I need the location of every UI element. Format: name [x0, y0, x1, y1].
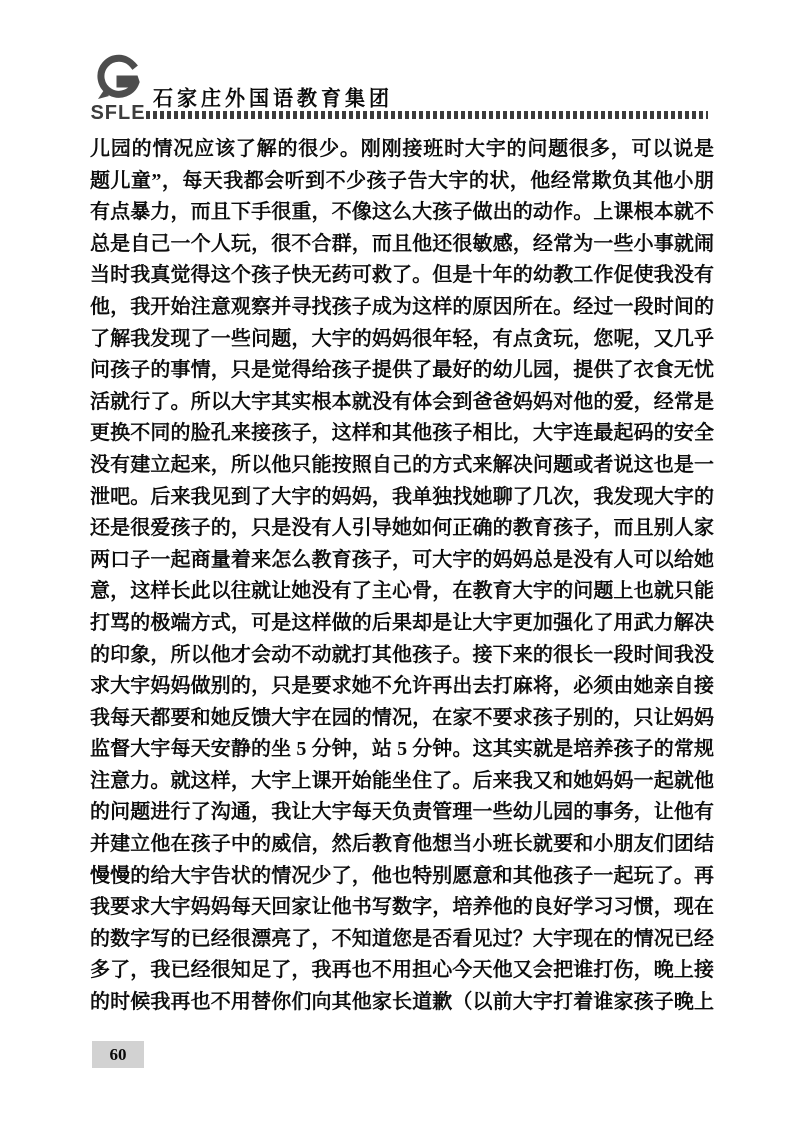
- text-line: 的数字写的已经很漂亮了，不知道您是否看见过？大宇现在的情况已经好太: [90, 924, 714, 956]
- document-page: SFLE 石家庄外国语教育集团 儿园的情况应该了解的很少。刚刚接班时大宇的问题很…: [0, 0, 803, 1134]
- text-line: 儿园的情况应该了解的很少。刚刚接班时大宇的问题很多，可以说是个“问: [90, 134, 714, 166]
- text-line: 他，我开始注意观察并寻找孩子成为这样的原因所在。经过一段时间的观察: [90, 292, 714, 324]
- text-line: 的印象，所以他才会动不动就打其他孩子。接下来的很长一段时间我没有要: [90, 640, 714, 672]
- sfle-logo: SFLE: [86, 54, 150, 123]
- sfle-logo-icon: [94, 54, 142, 102]
- dotted-separator: [146, 111, 708, 119]
- text-line: 我要求大宇妈妈每天回家让他书写数字，培养他的良好学习习惯，现在大宇: [90, 892, 714, 924]
- text-line: 有点暴力，而且下手很重，不像这么大孩子做出的动作。上课根本就不听，: [90, 197, 714, 229]
- text-line: 两口子一起商量着来怎么教育孩子，可大宇的妈妈总是没有人可以给她出主: [90, 545, 714, 577]
- text-line: 总是自己一个人玩，很不合群，而且他还很敏感，经常为一些小事就闹脾气，: [90, 229, 714, 261]
- sfle-logo-text: SFLE: [86, 103, 150, 123]
- org-name: 石家庄外国语教育集团: [153, 81, 393, 111]
- text-line: 并建立他在孩子中的威信，然后教育他想当小班长就要和小朋友们团结友爱，: [90, 829, 714, 861]
- text-line: 更换不同的脸孔来接孩子，这样和其他孩子相比，大宇连最起码的安全感都: [90, 418, 714, 450]
- page-number: 60: [92, 1041, 144, 1068]
- text-line: 的问题进行了沟通，我让大宇每天负责管理一些幼儿园的事务，让他有责任感，: [90, 797, 714, 829]
- body-text: 儿园的情况应该了解的很少。刚刚接班时大宇的问题很多，可以说是个“问 题儿童”，每…: [90, 134, 714, 1019]
- text-line: 求大宇妈妈做别的，只是要求她不允许再出去打麻将，必须由她亲自接送孩子，: [90, 671, 714, 703]
- text-line: 意，这样长此以往就让她没有了主心骨，在教育大宇的问题上也就只能采取: [90, 576, 714, 608]
- text-line: 题儿童”，每天我都会听到不少孩子告大宇的状，他经常欺负其他小朋友，: [90, 166, 714, 198]
- text-line: 活就行了。所以大宇其实根本就没有体会到爸爸妈妈对他的爱，经常是不断: [90, 387, 714, 419]
- text-line: 我每天都要和她反馈大宇在园的情况，在家不要求孩子别的，只让妈妈负责: [90, 703, 714, 735]
- text-line: 打骂的极端方式，可是这样做的后果却是让大宇更加强化了用武力解决问题: [90, 608, 714, 640]
- text-line: 慢慢的给大宇告状的情况少了，他也特别愿意和其他孩子一起玩了。再后来: [90, 861, 714, 893]
- text-line: 多了，我已经很知足了，我再也不用担心今天他又会把谁打伤，晚上接孩子: [90, 955, 714, 987]
- text-line: 的时候我再也不用替你们向其他家长道歉（以前大宇打着谁家孩子晚上接孩: [90, 987, 714, 1019]
- text-line: 当时我真觉得这个孩子快无药可救了。但是十年的幼教工作促使我没有放弃: [90, 260, 714, 292]
- text-line: 了解我发现了一些问题，大宇的妈妈很年轻，有点贪玩，您呢，又几乎不过: [90, 324, 714, 356]
- text-line: 监督大宇每天安静的坐 5 分钟，站 5 分钟。这其实就是培养孩子的常规和耐力、: [90, 734, 714, 766]
- text-line: 泄吧。后来我见到了大宇的妈妈，我单独找她聊了几次，我发现大宇的妈妈: [90, 482, 714, 514]
- text-line: 问孩子的事情，只是觉得给孩子提供了最好的幼儿园，提供了衣食无忧的生: [90, 355, 714, 387]
- text-line: 注意力。就这样，大宇上课开始能坐住了。后来我又和她妈妈一起就他打人: [90, 766, 714, 798]
- text-line: 没有建立起来，所以他只能按照自己的方式来解决问题或者说这也是一种发: [90, 450, 714, 482]
- text-line: 还是很爱孩子的，只是没有人引导她如何正确的教育孩子，而且别人家都是: [90, 513, 714, 545]
